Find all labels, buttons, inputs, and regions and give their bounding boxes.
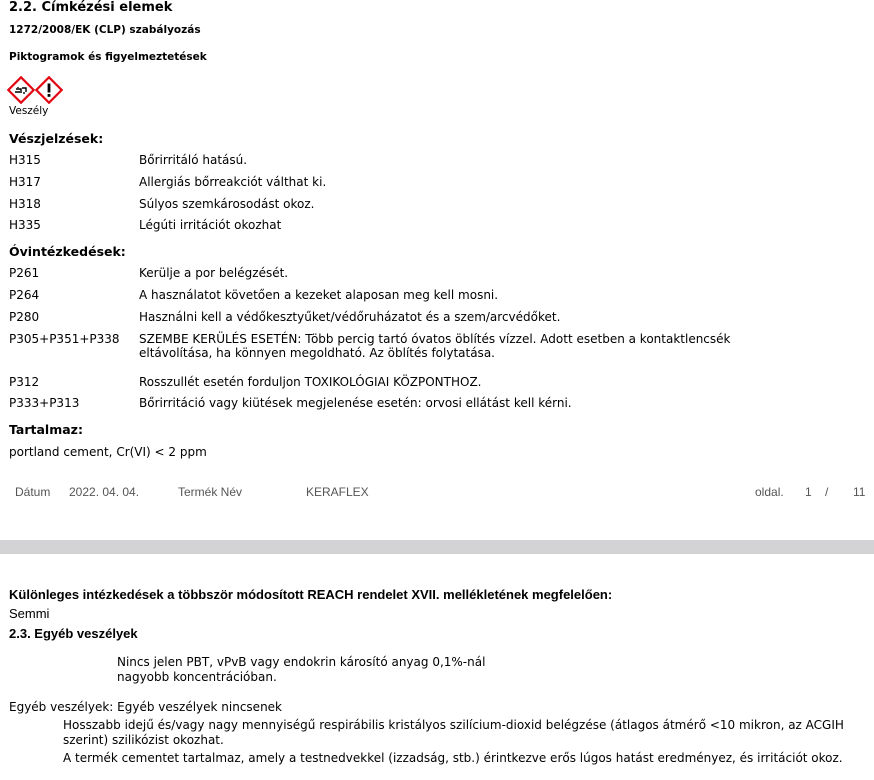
other-hazards-label: Egyéb veszélyek: xyxy=(9,700,113,714)
page-total: 11 xyxy=(853,485,865,499)
other-hazards-value: Egyéb veszélyek nincsenek xyxy=(117,700,282,714)
hazard-heading: Vészjelzések: xyxy=(9,131,103,146)
page-break-separator xyxy=(0,540,874,554)
note-cement: A termék cementet tartalmaz, amely a tes… xyxy=(63,751,868,766)
precautionary-statement-code: P305+P351+P338 xyxy=(9,332,120,346)
pictograms-heading: Piktogramok és figyelmeztetések xyxy=(9,51,207,63)
pbt-statement: Nincs jelen PBT, vPvB vagy endokrin káro… xyxy=(117,655,517,685)
reach-heading: Különleges intézkedések a többször módos… xyxy=(9,587,612,602)
hazard-statement-code: H317 xyxy=(9,175,41,189)
hazard-statement-text: Légúti irritációt okozhat xyxy=(139,218,281,232)
precautionary-statement-code: P261 xyxy=(9,266,39,280)
note-silica: Hosszabb idejű és/vagy nagy mennyiségű r… xyxy=(63,718,868,748)
corrosion-icon xyxy=(7,76,35,104)
contains-value: portland cement, Cr(VI) < 2 ppm xyxy=(9,445,207,459)
hazard-statement-text: Bőrirritáló hatású. xyxy=(139,153,247,167)
date-value: 2022. 04. 04. xyxy=(69,485,139,499)
product-label: Termék Név xyxy=(178,485,242,499)
precautionary-statement-text: Használni kell a védőkesztyűket/védőruhá… xyxy=(139,310,560,324)
precaution-heading: Óvintézkedések: xyxy=(9,244,126,259)
contains-heading: Tartalmaz: xyxy=(9,422,83,437)
other-hazards-row: Egyéb veszélyek: Egyéb veszélyek nincsen… xyxy=(9,700,282,714)
reach-value: Semmi xyxy=(9,606,49,621)
pictogram-group xyxy=(7,76,63,104)
precautionary-statement-text: A használatot követően a kezeket alaposa… xyxy=(139,288,498,302)
hazard-statement-code: H335 xyxy=(9,218,41,232)
section-title: 2.2. Címkézési elemek xyxy=(9,0,172,15)
precautionary-statement-text: SZEMBE KERÜLÉS ESETÉN: Több percig tartó… xyxy=(139,332,749,360)
hazard-statement-code: H315 xyxy=(9,153,41,167)
precautionary-statement-text: Rosszullét esetén forduljon TOXIKOLÓGIAI… xyxy=(139,375,482,389)
hazard-statement-text: Allergiás bőrreakciót válthat ki. xyxy=(139,175,326,189)
page-separator: / xyxy=(825,485,828,499)
exclamation-icon xyxy=(35,76,63,104)
precautionary-statement-code: P333+P313 xyxy=(9,396,79,410)
page-label: oldal. xyxy=(755,485,784,499)
page-current: 1 xyxy=(805,485,812,499)
signal-word: Veszély xyxy=(9,105,48,117)
hazard-statement-text: Súlyos szemkárosodást okoz. xyxy=(139,197,314,211)
product-value: KERAFLEX xyxy=(306,485,369,499)
precautionary-statement-code: P312 xyxy=(9,375,39,389)
precautionary-statement-text: Bőrirritáció vagy kiütések megjelenése e… xyxy=(139,396,572,410)
section-2-3-title: 2.3. Egyéb veszélyek xyxy=(9,626,138,641)
precautionary-statement-text: Kerülje a por belégzését. xyxy=(139,266,288,280)
regulation-heading: 1272/2008/EK (CLP) szabályozás xyxy=(9,24,201,36)
date-label: Dátum xyxy=(15,485,50,499)
hazard-statement-code: H318 xyxy=(9,197,41,211)
precautionary-statement-code: P264 xyxy=(9,288,39,302)
precautionary-statement-code: P280 xyxy=(9,310,39,324)
